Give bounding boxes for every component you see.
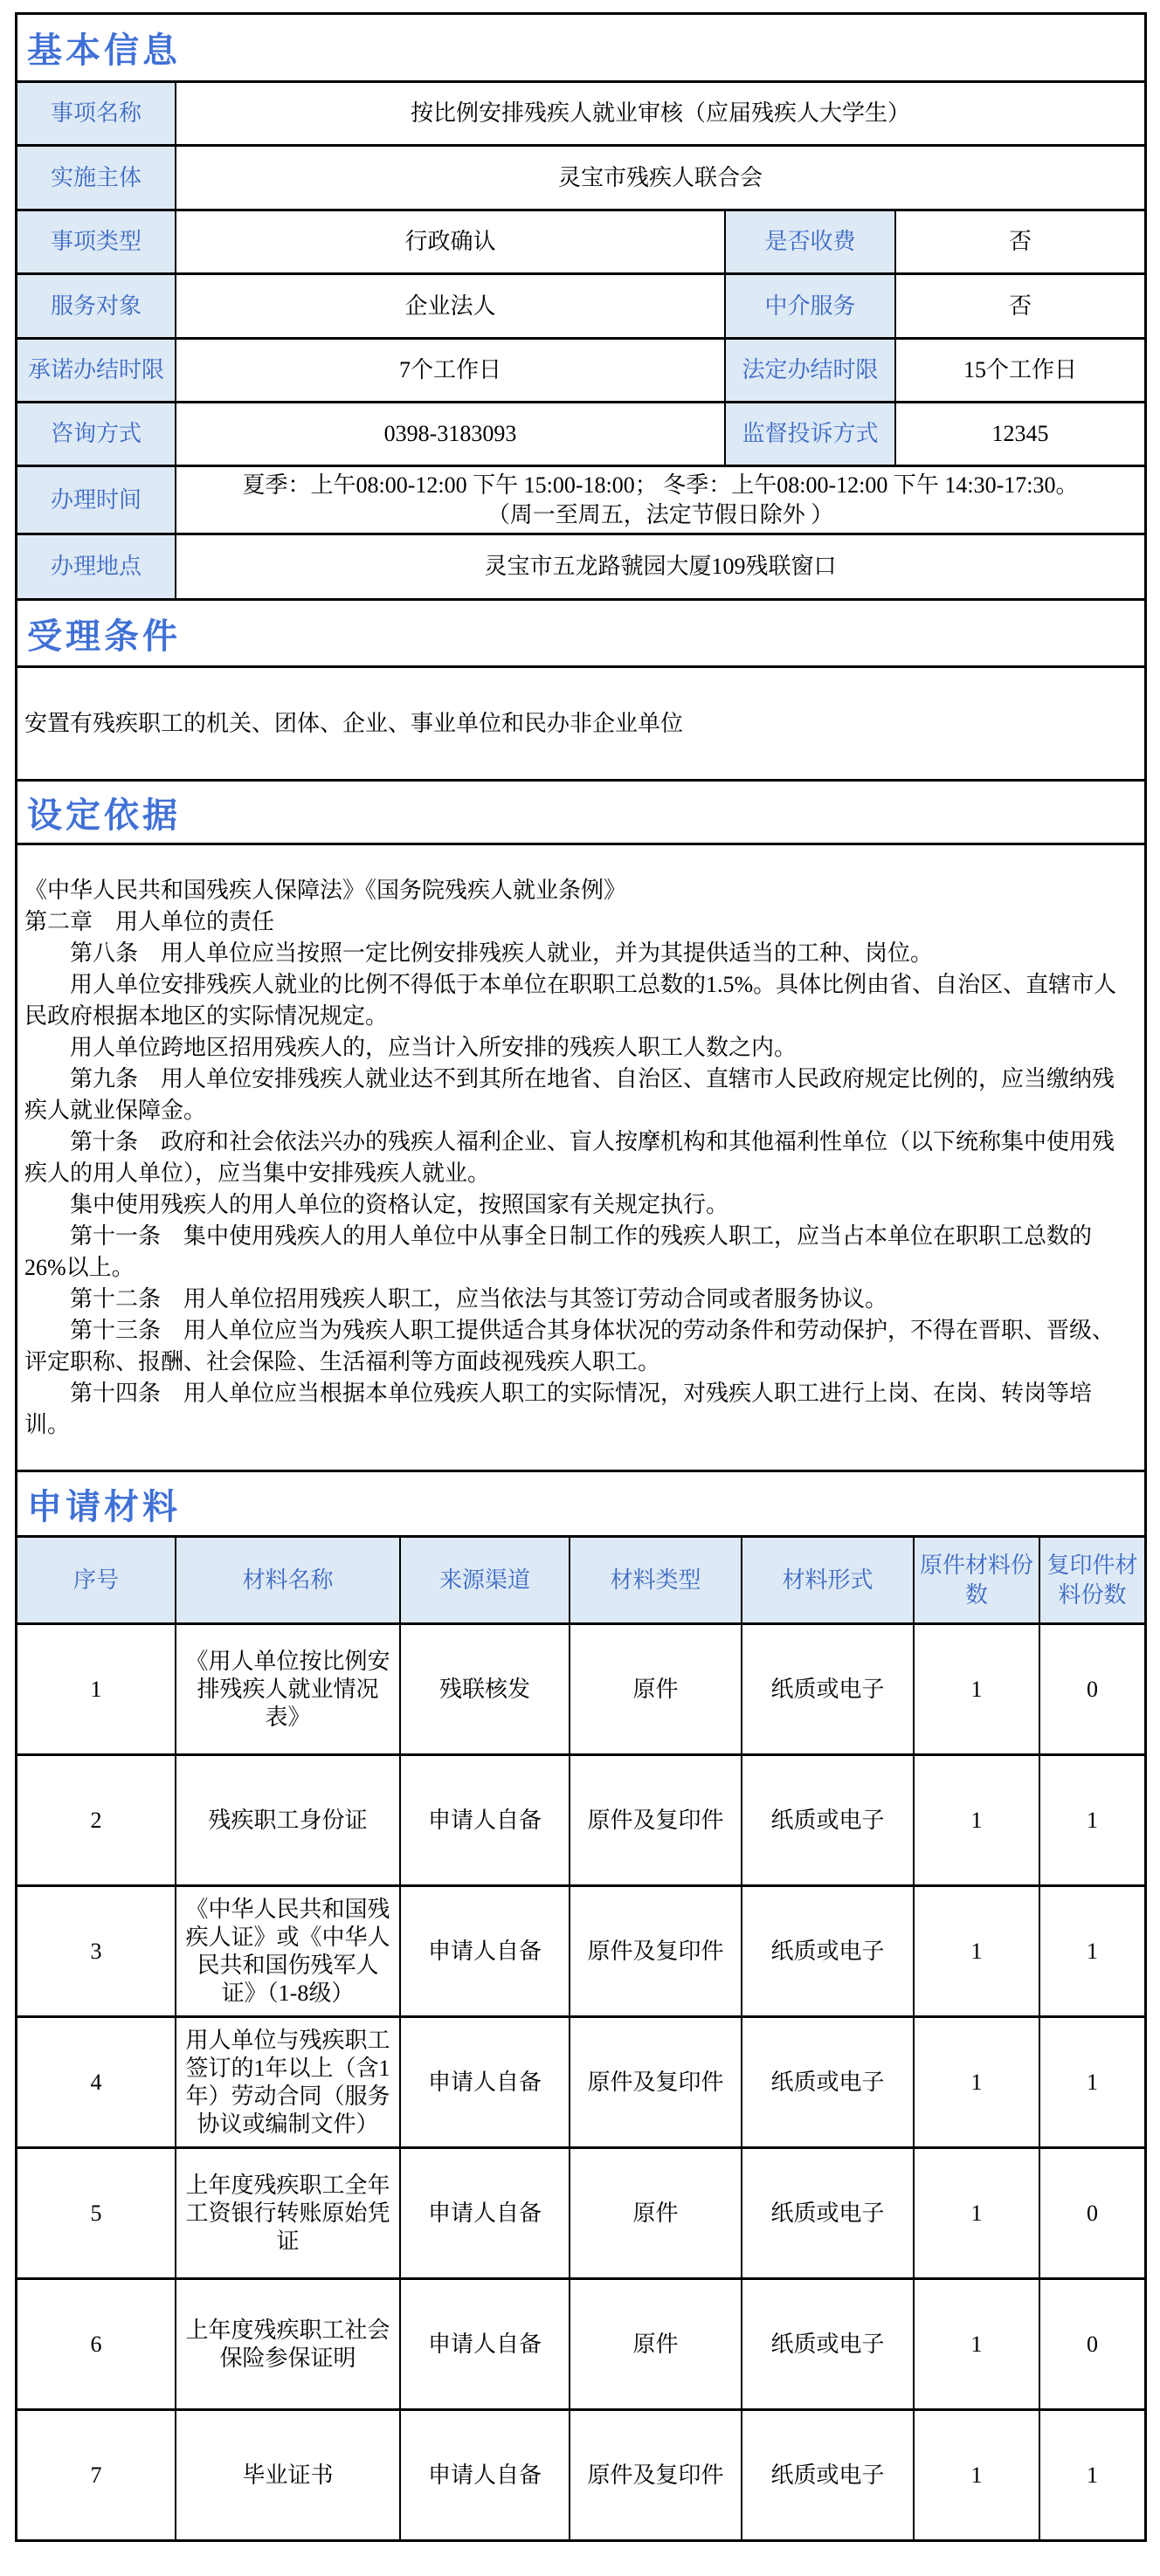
cell-source: 申请人自备	[399, 2411, 569, 2539]
legal-paragraph: 第十一条 集中使用残疾人的用人单位中从事全日制工作的残疾人职工，应当占本单位在职…	[24, 1221, 1127, 1284]
section-title: 设定依据	[27, 788, 181, 837]
section-header-materials: 申请材料	[17, 1470, 1144, 1535]
field-value: 行政确认	[175, 211, 724, 272]
cell-source: 申请人自备	[399, 1756, 569, 1884]
cell-material-type: 原件	[569, 2280, 741, 2408]
materials-table-row: 6 上年度残疾职工社会保险参保证明 申请人自备 原件 纸质或电子 1 0	[17, 2277, 1144, 2408]
acceptance-content-row: 安置有残疾职工的机关、团体、企业、事业单位和民办非企业单位	[17, 665, 1144, 779]
field-value: 企业法人	[175, 275, 724, 337]
cell-photocopy-copies: 0	[1039, 1625, 1144, 1753]
section-title: 受理条件	[27, 609, 181, 658]
cell-seq: 1	[17, 1625, 175, 1753]
cell-material-form: 纸质或电子	[741, 2411, 913, 2539]
field-value: 灵宝市五龙路虢园大厦109残联窗口	[175, 535, 1144, 598]
legal-paragraph: 第九条 用人单位安排残疾人就业达不到其所在地省、自治区、直辖市人民政府规定比例的…	[24, 1064, 1127, 1126]
cell-material-form: 纸质或电子	[741, 1756, 913, 1884]
cell-material-form: 纸质或电子	[741, 1625, 913, 1753]
legal-basis-content-row: 《中华人民共和国残疾人保障法》《国务院残疾人就业条例》 第二章 用人单位的责任 …	[17, 843, 1144, 1470]
table-row-office-hours: 办理时间 夏季：上午08:00-12:00 下午 15:00-18:00； 冬季…	[17, 465, 1144, 533]
field-label: 承诺办结时限	[17, 340, 175, 401]
column-header-material-name: 材料名称	[175, 1538, 399, 1622]
cell-material-form: 纸质或电子	[741, 2280, 913, 2408]
cell-photocopy-copies: 1	[1039, 2411, 1144, 2539]
cell-seq: 6	[17, 2280, 175, 2408]
materials-table-row: 7 毕业证书 申请人自备 原件及复印件 纸质或电子 1 1	[17, 2408, 1144, 2539]
legal-paragraph: 集中使用残疾人的用人单位的资格认定，按照国家有关规定执行。	[24, 1189, 1127, 1221]
cell-material-type: 原件	[569, 1625, 741, 1753]
table-row-implementing-body: 实施主体 灵宝市残疾人联合会	[17, 144, 1144, 209]
section-title: 申请材料	[27, 1479, 181, 1529]
cell-seq: 4	[17, 2018, 175, 2146]
field-label: 实施主体	[17, 147, 175, 209]
cell-material-name: 上年度残疾职工社会保险参保证明	[175, 2280, 399, 2408]
table-row-promised-time-limit: 承诺办结时限 7个工作日 法定办结时限 15个工作日	[17, 337, 1144, 401]
cell-photocopy-copies: 1	[1039, 1887, 1144, 2015]
legal-paragraph: 第八条 用人单位应当按照一定比例安排残疾人就业，并为其提供适当的工种、岗位。	[24, 938, 1127, 969]
section-header-acceptance: 受理条件	[17, 598, 1144, 665]
field-label: 事项名称	[17, 83, 175, 144]
section-header-legal-basis: 设定依据	[17, 779, 1144, 843]
cell-material-type: 原件及复印件	[569, 1887, 741, 2015]
legal-paragraph: 第十三条 用人单位应当为残疾人职工提供适合其身体状况的劳动条件和劳动保护，不得在…	[24, 1315, 1127, 1378]
cell-material-form: 纸质或电子	[741, 2149, 913, 2277]
materials-table-row: 5 上年度残疾职工全年工资银行转账原始凭证 申请人自备 原件 纸质或电子 1 0	[17, 2146, 1144, 2277]
cell-original-copies: 1	[913, 2280, 1039, 2408]
cell-material-form: 纸质或电子	[741, 1887, 913, 2015]
field-label: 办理地点	[17, 535, 175, 598]
cell-material-type: 原件及复印件	[569, 1756, 741, 1884]
section-title: 基本信息	[27, 23, 181, 72]
field-value: 15个工作日	[894, 340, 1144, 401]
cell-material-type: 原件	[569, 2149, 741, 2277]
table-row-item-type: 事项类型 行政确认 是否收费 否	[17, 209, 1144, 272]
field-label: 事项类型	[17, 211, 175, 272]
cell-material-name: 《用人单位按比例安排残疾人就业情况表》	[175, 1625, 399, 1753]
table-row-office-location: 办理地点 灵宝市五龙路虢园大厦109残联窗口	[17, 533, 1144, 598]
cell-original-copies: 1	[913, 1756, 1039, 1884]
cell-material-type: 原件及复印件	[569, 2018, 741, 2146]
column-header-seq: 序号	[17, 1538, 175, 1622]
field-label: 中介服务	[724, 275, 894, 337]
field-label: 是否收费	[724, 211, 894, 272]
field-value: 否	[894, 211, 1144, 272]
field-label: 办理时间	[17, 467, 175, 533]
column-header-photocopy-copies: 复印件材料份数	[1039, 1538, 1144, 1622]
office-hours-line2: （周一至周五，法定节假日除外 ）	[182, 500, 1139, 530]
cell-source: 残联核发	[399, 1625, 569, 1753]
table-row-item-name: 事项名称 按比例安排残疾人就业审核（应届残疾人大学生）	[17, 80, 1144, 144]
cell-source: 申请人自备	[399, 2280, 569, 2408]
table-row-consultation: 咨询方式 0398-3183093 监督投诉方式 12345	[17, 401, 1144, 465]
legal-paragraph: 第二章 用人单位的责任	[24, 906, 1127, 938]
legal-paragraph: 第十条 政府和社会依法兴办的残疾人福利企业、盲人按摩机构和其他福利性单位（以下统…	[24, 1126, 1127, 1189]
cell-material-type: 原件及复印件	[569, 2411, 741, 2539]
cell-photocopy-copies: 0	[1039, 2149, 1144, 2277]
field-value: 灵宝市残疾人联合会	[175, 147, 1144, 209]
materials-table-row: 3 《中华人民共和国残疾人证》或《中华人民共和国伤残军人证》（1-8级） 申请人…	[17, 1884, 1144, 2015]
cell-photocopy-copies: 0	[1039, 2280, 1144, 2408]
cell-photocopy-copies: 1	[1039, 1756, 1144, 1884]
field-value: 夏季：上午08:00-12:00 下午 15:00-18:00； 冬季：上午08…	[175, 467, 1144, 533]
cell-original-copies: 1	[913, 2411, 1039, 2539]
materials-header-row: 序号 材料名称 来源渠道 材料类型 材料形式 原件材料份数 复印件材料份数	[17, 1535, 1144, 1622]
cell-source: 申请人自备	[399, 2018, 569, 2146]
cell-original-copies: 1	[913, 1887, 1039, 2015]
cell-material-name: 上年度残疾职工全年工资银行转账原始凭证	[175, 2149, 399, 2277]
field-value: 0398-3183093	[175, 403, 724, 465]
cell-seq: 5	[17, 2149, 175, 2277]
materials-table-row: 4 用人单位与残疾职工签订的1年以上（含1年）劳动合同（服务协议或编制文件） 申…	[17, 2015, 1144, 2146]
cell-original-copies: 1	[913, 2018, 1039, 2146]
materials-table-row: 1 《用人单位按比例安排残疾人就业情况表》 残联核发 原件 纸质或电子 1 0	[17, 1622, 1144, 1753]
column-header-source: 来源渠道	[399, 1538, 569, 1622]
column-header-material-form: 材料形式	[741, 1538, 913, 1622]
legal-paragraph: 用人单位安排残疾人就业的比例不得低于本单位在职职工总数的1.5%。具体比例由省、…	[24, 969, 1127, 1032]
cell-seq: 3	[17, 1887, 175, 2015]
field-label: 服务对象	[17, 275, 175, 337]
field-label: 监督投诉方式	[724, 403, 894, 465]
cell-material-name: 毕业证书	[175, 2411, 399, 2539]
legal-paragraph: 《中华人民共和国残疾人保障法》《国务院残疾人就业条例》	[24, 875, 1127, 906]
service-info-document: 基本信息 事项名称 按比例安排残疾人就业审核（应届残疾人大学生） 实施主体 灵宝…	[15, 12, 1147, 2542]
legal-paragraph: 用人单位跨地区招用残疾人的，应当计入所安排的残疾人职工人数之内。	[24, 1032, 1127, 1064]
column-header-original-copies: 原件材料份数	[913, 1538, 1039, 1622]
legal-basis-content: 《中华人民共和国残疾人保障法》《国务院残疾人就业条例》 第二章 用人单位的责任 …	[17, 845, 1144, 1470]
field-label: 咨询方式	[17, 403, 175, 465]
cell-source: 申请人自备	[399, 2149, 569, 2277]
materials-table-row: 2 残疾职工身份证 申请人自备 原件及复印件 纸质或电子 1 1	[17, 1753, 1144, 1884]
field-value: 按比例安排残疾人就业审核（应届残疾人大学生）	[175, 83, 1144, 144]
cell-source: 申请人自备	[399, 1887, 569, 2015]
cell-material-name: 用人单位与残疾职工签订的1年以上（含1年）劳动合同（服务协议或编制文件）	[175, 2018, 399, 2146]
field-value: 7个工作日	[175, 340, 724, 401]
cell-photocopy-copies: 1	[1039, 2018, 1144, 2146]
column-header-material-type: 材料类型	[569, 1538, 741, 1622]
section-header-basic-info: 基本信息	[17, 15, 1144, 80]
field-value: 否	[894, 275, 1144, 337]
acceptance-content: 安置有残疾职工的机关、团体、企业、事业单位和民办非企业单位	[17, 668, 1144, 779]
field-label: 法定办结时限	[724, 340, 894, 401]
cell-material-name: 《中华人民共和国残疾人证》或《中华人民共和国伤残军人证》（1-8级）	[175, 1887, 399, 2015]
office-hours-line1: 夏季：上午08:00-12:00 下午 15:00-18:00； 冬季：上午08…	[182, 471, 1139, 500]
field-value: 12345	[894, 403, 1144, 465]
cell-material-name: 残疾职工身份证	[175, 1756, 399, 1884]
cell-original-copies: 1	[913, 1625, 1039, 1753]
cell-seq: 7	[17, 2411, 175, 2539]
table-row-service-target: 服务对象 企业法人 中介服务 否	[17, 272, 1144, 337]
legal-paragraph: 第十二条 用人单位招用残疾人职工，应当依法与其签订劳动合同或者服务协议。	[24, 1284, 1127, 1315]
cell-original-copies: 1	[913, 2149, 1039, 2277]
legal-paragraph: 第十四条 用人单位应当根据本单位残疾人职工的实际情况，对残疾人职工进行上岗、在岗…	[24, 1378, 1127, 1441]
cell-seq: 2	[17, 1756, 175, 1884]
cell-material-form: 纸质或电子	[741, 2018, 913, 2146]
